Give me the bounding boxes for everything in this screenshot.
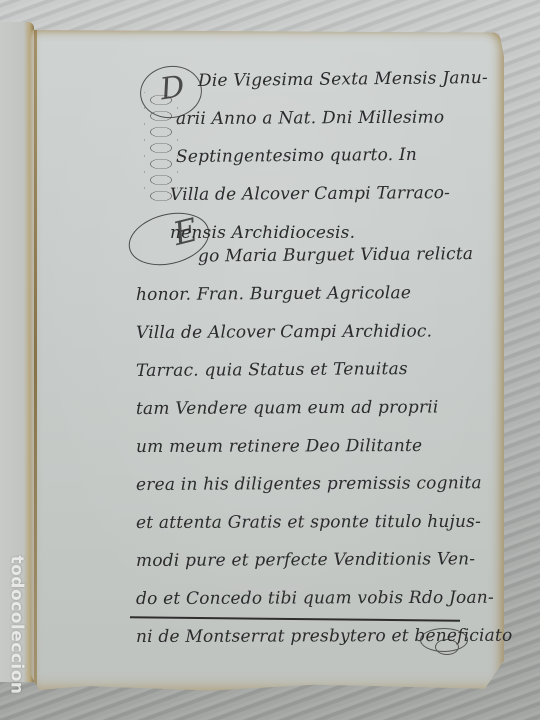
manuscript-heading: Die Vigesima Sexta Mensis Janu- arii Ann… <box>198 62 498 252</box>
body-line: tam Vendere quam eum ad proprii <box>136 388 496 428</box>
watermark: todocoleccion <box>2 545 32 705</box>
page-fold-crease <box>34 30 37 694</box>
body-line: um meum retinere Deo Dilitante <box>136 427 496 466</box>
body-line: modi pure et perfecte Venditionis Ven- <box>136 540 496 580</box>
body-line: go Maria Burguet Vidua relicta <box>136 235 496 276</box>
body-line: et attenta Gratis et sponte titulo hujus… <box>136 503 496 542</box>
heading-line: arii Anno a Nat. Dni Millesimo <box>176 98 498 138</box>
body-line: Tarrac. quia Status et Tenuitas <box>136 349 496 390</box>
body-line: Villa de Alcover Campi Archidioc. <box>136 312 496 352</box>
body-line: do et Concedo tibi quam vobis Rdo Joan- <box>136 579 496 618</box>
body-line: honor. Fran. Burguet Agricolae <box>136 273 496 314</box>
watermark-text: todocoleccion <box>7 555 27 694</box>
heading-line: Die Vigesima Sexta Mensis Janu- <box>198 59 498 100</box>
heading-line: Septingentesimo quarto. In <box>176 135 498 176</box>
body-line: erea in his diligentes premissis cognita <box>136 464 496 504</box>
manuscript-body: go Maria Burguet Vidua relicta honor. Fr… <box>136 238 496 656</box>
heading-line: Villa de Alcover Campi Tarraco- <box>170 174 498 214</box>
bottom-flourish-icon <box>420 628 468 652</box>
